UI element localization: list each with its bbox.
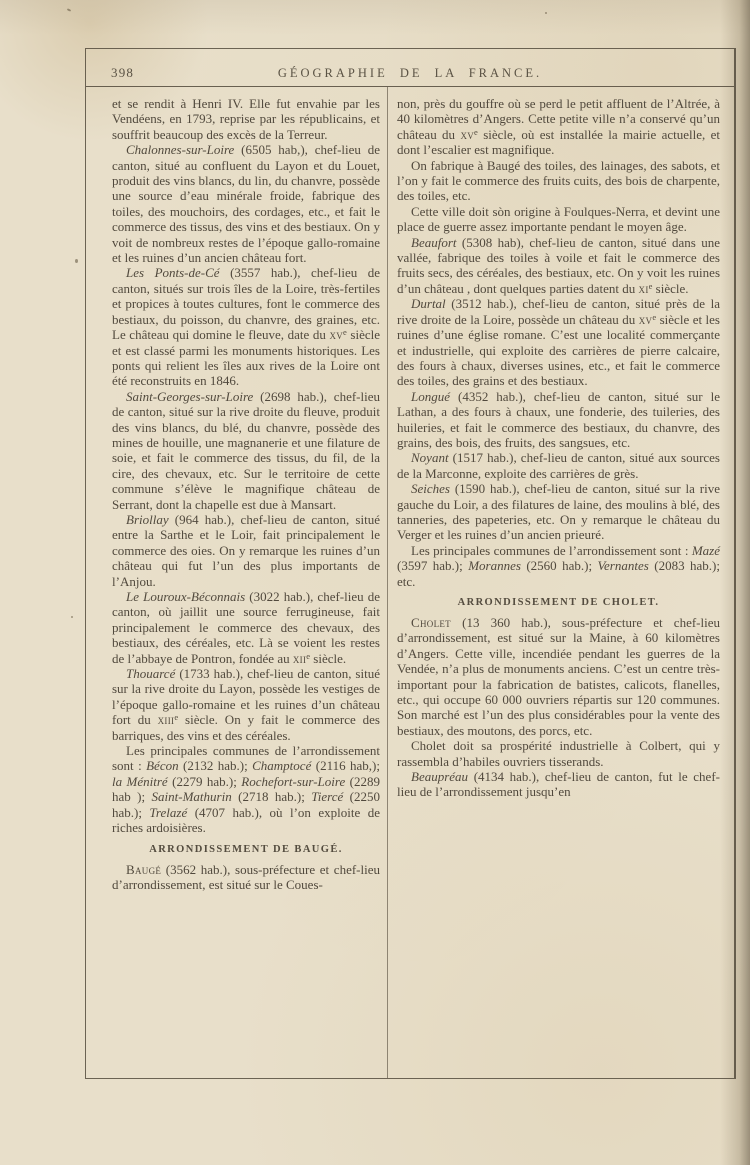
paragraph: Cholet doit sa prospérité industrielle à… bbox=[397, 738, 720, 769]
paragraph: Briollay (964 hab.), chef-lieu de canton… bbox=[112, 512, 380, 589]
paper-blemish bbox=[75, 259, 78, 263]
paragraph: Les Ponts-de-Cé (3557 hab.), chef-lieu d… bbox=[112, 265, 380, 388]
column-divider bbox=[387, 87, 388, 1078]
paragraph: Beaupréau (4134 hab.), chef-lieu de cant… bbox=[397, 769, 720, 800]
text-columns: et se rendit à Henri IV. Elle fut envahi… bbox=[86, 87, 734, 1078]
paragraph: Saint-Georges-sur-Loire (2698 hab.), che… bbox=[112, 389, 380, 512]
section-heading: ARRONDISSEMENT DE BAUGÉ. bbox=[112, 844, 380, 855]
paragraph: Longué (4352 hab.), chef-lieu de canton,… bbox=[397, 389, 720, 451]
paper-blemish bbox=[67, 8, 71, 12]
paragraph: Cholet (13 360 hab.), sous-préfecture et… bbox=[397, 615, 720, 738]
paper-blemish bbox=[545, 12, 547, 14]
paragraph: Beaufort (5308 hab), chef-lieu de canton… bbox=[397, 235, 720, 297]
left-column: et se rendit à Henri IV. Elle fut envahi… bbox=[112, 96, 380, 1078]
paragraph: Thouarcé (1733 hab.), chef-lieu de canto… bbox=[112, 666, 380, 743]
running-title: GÉOGRAPHIE DE LA FRANCE. bbox=[86, 66, 734, 81]
paper-blemish bbox=[71, 616, 73, 618]
page-frame: 398 GÉOGRAPHIE DE LA FRANCE. et se rendi… bbox=[85, 48, 736, 1079]
running-header: 398 GÉOGRAPHIE DE LA FRANCE. bbox=[86, 49, 734, 87]
paragraph: non, près du gouffre où se perd le petit… bbox=[397, 96, 720, 158]
paragraph: Baugé (3562 hab.), sous-préfecture et ch… bbox=[112, 862, 380, 893]
paragraph: On fabrique à Baugé des toiles, des lain… bbox=[397, 158, 720, 204]
right-column: non, près du gouffre où se perd le petit… bbox=[397, 96, 720, 1078]
paragraph: Durtal (3512 hab.), chef-lieu de canton,… bbox=[397, 296, 720, 388]
paragraph: Noyant (1517 hab.), chef-lieu de canton,… bbox=[397, 450, 720, 481]
paragraph: Chalonnes-sur-Loire (6505 hab,), chef-li… bbox=[112, 142, 380, 265]
paragraph: Le Louroux-Béconnais (3022 hab.), chef-l… bbox=[112, 589, 380, 666]
book-page-scan: 398 GÉOGRAPHIE DE LA FRANCE. et se rendi… bbox=[0, 0, 750, 1165]
section-heading: ARRONDISSEMENT DE CHOLET. bbox=[397, 597, 720, 608]
paragraph: Cette ville doit sòn origine à Foulques-… bbox=[397, 204, 720, 235]
paragraph: et se rendit à Henri IV. Elle fut envahi… bbox=[112, 96, 380, 142]
paragraph: Les principales communes de l’arrondisse… bbox=[112, 743, 380, 835]
paragraph: Les principales communes de l’arrondisse… bbox=[397, 543, 720, 589]
paragraph: Seiches (1590 hab.), chef-lieu de canton… bbox=[397, 481, 720, 543]
